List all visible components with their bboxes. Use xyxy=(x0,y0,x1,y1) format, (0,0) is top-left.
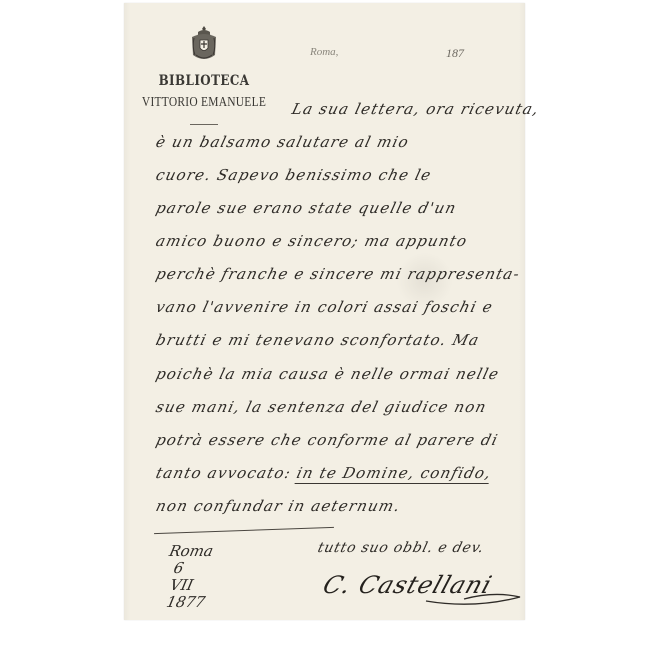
dateline-place: Roma xyxy=(168,543,218,560)
body-line-3: cuore. Sapevo benissimo che le xyxy=(154,166,434,184)
letterhead-divider xyxy=(190,124,218,125)
body-line-9: poichè la mia causa è nelle ormai nelle xyxy=(154,365,501,383)
body-line-6: perchè franche e sincere mi rappresenta- xyxy=(154,265,522,283)
closing-rule xyxy=(154,527,334,534)
body-line-13: non confundar in aeternum. xyxy=(154,497,403,515)
body-line-1: La sua lettera, ora ricevuta, xyxy=(290,100,541,118)
underlined-phrase: in te Domine, confido, xyxy=(294,464,493,484)
body-line-4: parole sue erano state quelle d'un xyxy=(154,199,459,217)
body-line-2: è un balsamo salutare al mio xyxy=(154,133,411,151)
dateline-month: VII xyxy=(160,577,210,594)
dateline: Roma 6 VII 1877 xyxy=(157,543,218,611)
printed-year: 187 xyxy=(446,46,464,61)
royal-coat-of-arms-icon xyxy=(189,25,219,63)
signature-flourish-icon xyxy=(424,587,524,609)
dateline-year: 1877 xyxy=(157,594,207,611)
body-line-12-start: tanto avvocato: xyxy=(154,464,299,482)
letterhead-subtitle: VITTORIO EMANUELE xyxy=(138,95,269,111)
printed-place: Roma, xyxy=(310,46,338,58)
letter-page: BIBLIOTECA VITTORIO EMANUELE Roma, 187 L… xyxy=(124,3,525,620)
body-line-5: amico buono e sincero; ma appunto xyxy=(154,232,470,250)
closing-formula: tutto suo obbl. e dev. xyxy=(316,540,486,556)
letterhead-title: BIBLIOTECA xyxy=(136,73,272,89)
body-line-11: potrà essere che conforme al parere di xyxy=(154,431,500,449)
body-line-7: vano l'avvenire in colori assai foschi e xyxy=(154,298,495,316)
dateline-day: 6 xyxy=(164,560,214,577)
body-line-8: brutti e mi tenevano sconfortato. Ma xyxy=(154,331,482,349)
body-line-12: tanto avvocato: in te Domine, confido, xyxy=(154,464,494,482)
body-line-10: sue mani, la sentenza del giudice non xyxy=(154,398,489,416)
